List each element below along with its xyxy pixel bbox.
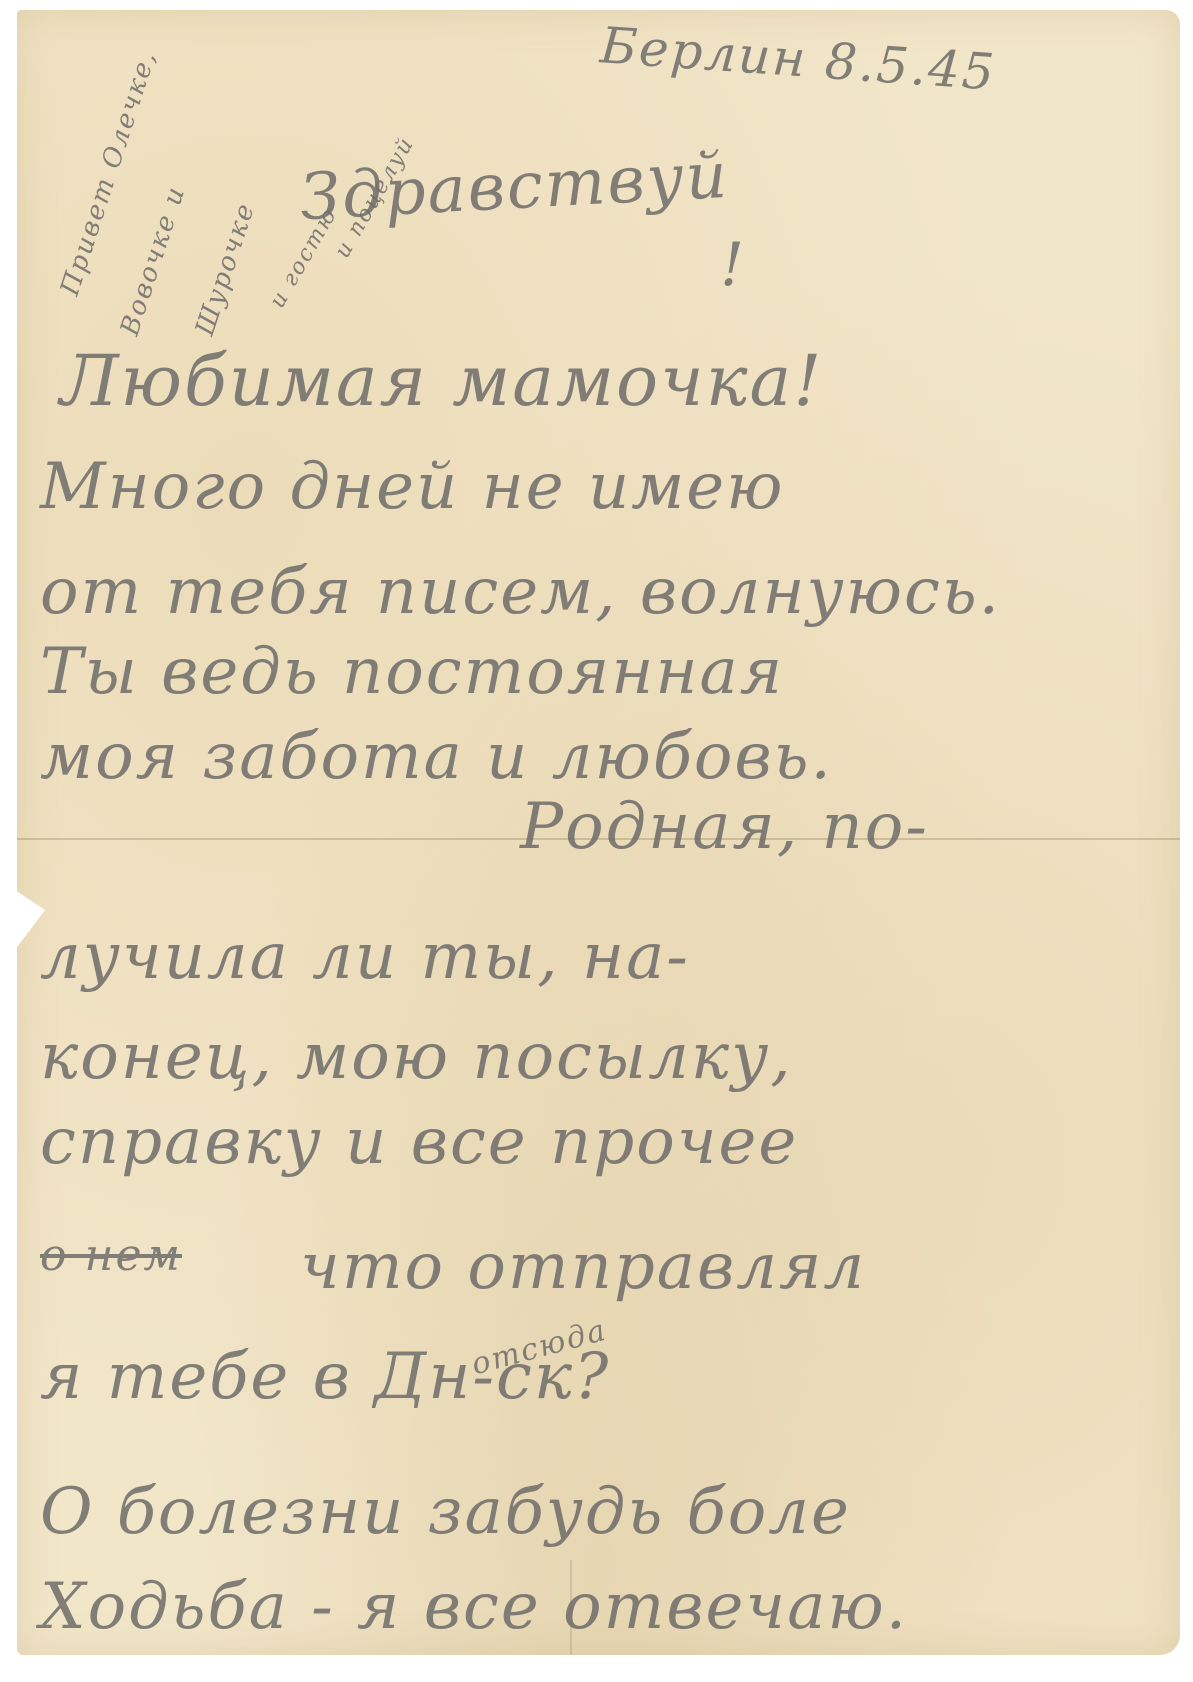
struck-word: о нем [40,1230,182,1281]
letter-line: от тебя писем, волнуюсь. [40,555,1001,629]
letter-line: Ходьба - я все отвечаю. [40,1570,908,1644]
letter-line: конец, мою посылку, [40,1020,793,1094]
letter-line: что отправлял [300,1230,866,1304]
letter-line: справку и все прочее [40,1105,798,1179]
letter-line: лучила ли ты, на- [40,920,690,994]
letter-line: Много дней не имею [40,450,784,524]
letter-line: Родная, по- [520,790,929,864]
letter-line: моя забота и любовь. [40,720,833,794]
letter-line: Ты ведь постоянная [40,635,784,709]
greeting-mark: ! [720,230,746,300]
letter-line: О болезни забудь боле [40,1475,851,1549]
torn-edge [0,880,45,970]
letter-line: я тебе в Дн-ск? [40,1340,610,1414]
salutation: Любимая мамочка! [60,340,823,422]
